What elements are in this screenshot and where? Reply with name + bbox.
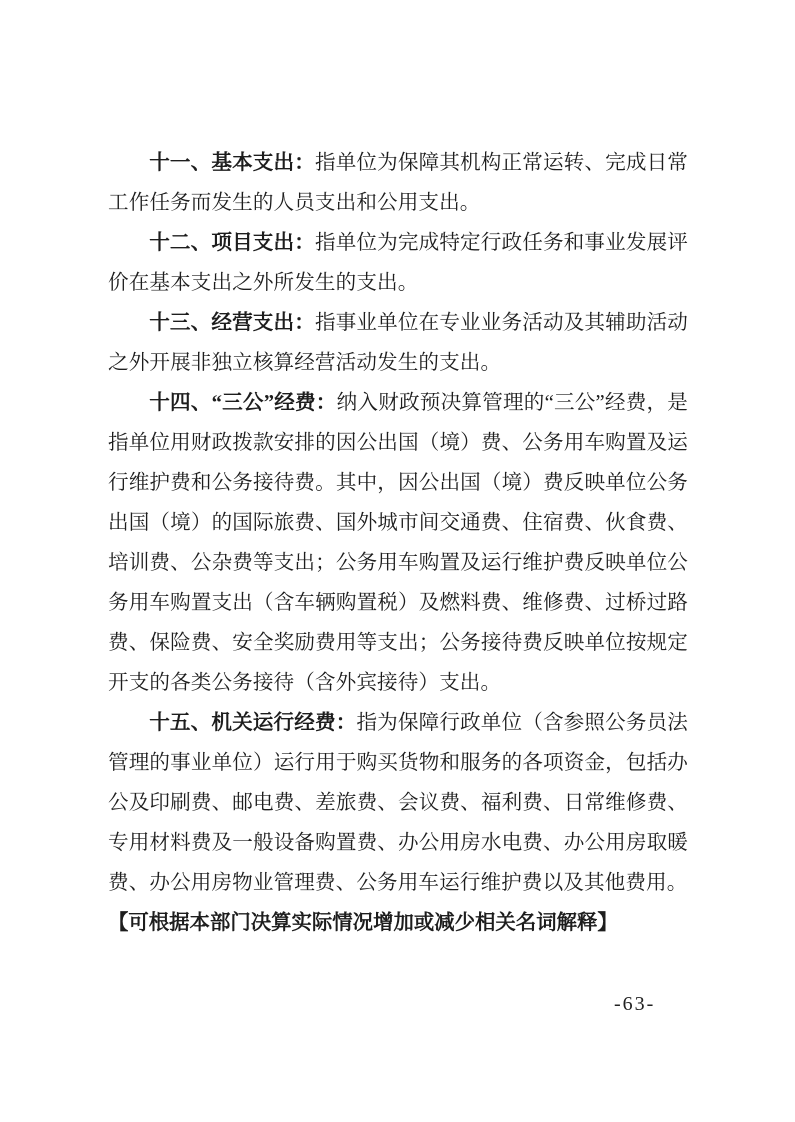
definition-text: 指为保障行政单位（含参照公务员法管理的事业单位）运行用于购买货物和服务的各项资金… [108,712,688,894]
terminology-definitions-section: 十一、基本支出：指单位为保障其机构正常运转、完成日常工作任务而发生的人员支出和公… [108,143,688,943]
definition-paragraph-project-expenditure: 十二、项目支出：指单位为完成特定行政任务和事业发展评价在基本支出之外所发生的支出… [108,223,688,303]
definition-term: 十一、基本支出： [149,152,315,174]
definition-term: 十五、机关运行经费： [149,712,356,734]
definition-paragraph-operating-expenditure: 十三、经营支出：指事业单位在专业业务活动及其辅助活动之外开展非独立核算经营活动发… [108,303,688,383]
definition-text: 纳入财政预决算管理的“三公”经费，是指单位用财政拨款安排的因公出国（境）费、公务… [108,392,688,694]
definition-term: 十三、经营支出： [149,312,315,334]
definition-paragraph-three-public-funds: 十四、“三公”经费：纳入财政预决算管理的“三公”经费，是指单位用财政拨款安排的因… [108,383,688,703]
document-page: 十一、基本支出：指单位为保障其机构正常运转、完成日常工作任务而发生的人员支出和公… [0,0,795,1122]
definition-paragraph-agency-operating-funds: 十五、机关运行经费：指为保障行政单位（含参照公务员法管理的事业单位）运行用于购买… [108,703,688,903]
definition-paragraph-basic-expenditure: 十一、基本支出：指单位为保障其机构正常运转、完成日常工作任务而发生的人员支出和公… [108,143,688,223]
editor-bracket-note: 【可根据本部门决算实际情况增加或减少相关名词解释】 [108,903,688,943]
definition-term: 十二、项目支出： [149,232,315,254]
definition-term: 十四、“三公”经费： [149,392,336,414]
page-number: -63- [614,993,655,1016]
